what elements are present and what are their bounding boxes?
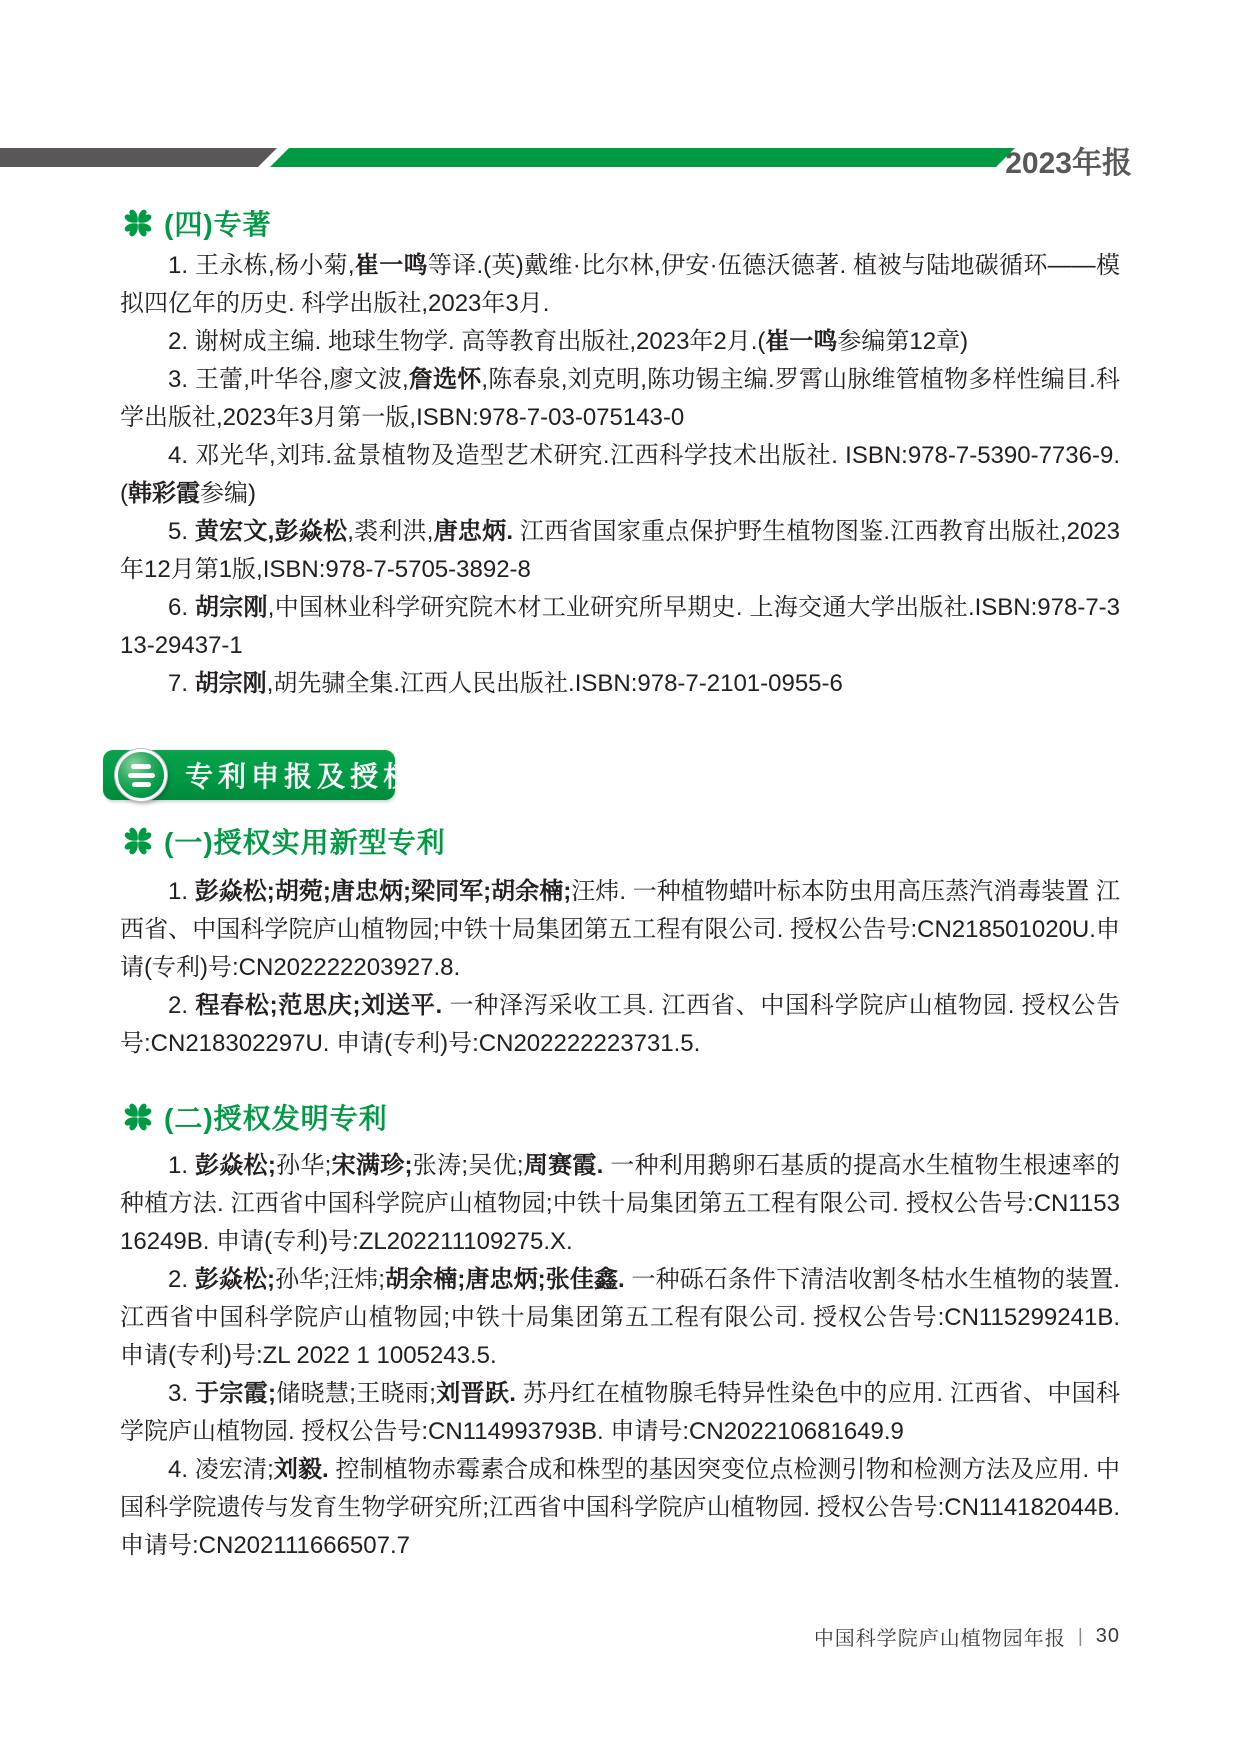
section-head-invention-patents: (二)授权发明专利 [120, 1097, 1120, 1137]
list-item: 4. 邓光华,刘玮.盆景植物及造型艺术研究.江西科学技术出版社. ISBN:97… [120, 437, 1120, 513]
highlighted-name: 胡余楠;唐忠炳;张佳鑫. [385, 1266, 625, 1293]
patent-banner-row: 专利申报及授权 [103, 749, 1120, 801]
text-segment: 4. 邓光华,刘玮.盆景植物及造型艺术研究.江西科学技术出版社. ISBN:97… [120, 442, 1120, 507]
text-segment: 2. [168, 1266, 195, 1293]
highlighted-name: 程春松;范思庆;刘送平. [195, 992, 442, 1019]
highlighted-name: 彭焱松;胡菀;唐忠炳;梁同军;胡余楠; [195, 878, 572, 905]
highlighted-name: 崔一鸣 [765, 328, 837, 355]
text-segment: 3. 王蕾,叶华谷,廖文波, [168, 366, 409, 393]
clover-icon [120, 1099, 156, 1135]
text-segment: 3. [168, 1380, 195, 1407]
section-head-utility-patents: (一)授权实用新型专利 [120, 821, 1120, 861]
text-segment: 孙华;汪炜; [275, 1266, 385, 1293]
list-item: 3. 于宗霞;储晓慧;王晓雨;刘晋跃. 苏丹红在植物腺毛特异性染色中的应用. 江… [120, 1375, 1120, 1451]
header-stripe-gray [0, 148, 277, 167]
header-year-label: 2023年报 [1005, 138, 1132, 182]
highlighted-name: 胡宗刚 [195, 670, 267, 697]
bar [128, 773, 155, 778]
highlighted-name: 彭焱松; [195, 1152, 276, 1179]
highlighted-name: 宋满珍; [331, 1152, 412, 1179]
text-segment: 6. [168, 594, 195, 621]
list-item: 4. 凌宏清;刘毅. 控制植物赤霉素合成和株型的基因突变位点检测引物和检测方法及… [120, 1451, 1120, 1565]
utility-patents-list: 1. 彭焱松;胡菀;唐忠炳;梁同军;胡余楠;汪炜. 一种植物蜡叶标本防虫用高压蒸… [120, 873, 1120, 1063]
bar [131, 764, 151, 769]
list-item: 2. 彭焱松;孙华;汪炜;胡余楠;唐忠炳;张佳鑫. 一种砾石条件下清洁收割冬枯水… [120, 1261, 1120, 1375]
section-head-monographs: (四)专著 [120, 203, 1120, 243]
text-segment: 2. [168, 992, 195, 1019]
monographs-list: 1. 王永栋,杨小菊,崔一鸣等译.(英)戴维·比尔林,伊安·伍德沃德著. 植被与… [120, 247, 1120, 703]
list-item: 1. 彭焱松;孙华;宋满珍;张涛;吴优;周赛霞. 一种利用鹅卵石基质的提高水生植… [120, 1147, 1120, 1261]
clover-icon [120, 205, 156, 241]
text-segment: 储晓慧;王晓雨; [276, 1380, 436, 1407]
footer-report-name: 中国科学院庐山植物园年报 [814, 1622, 1066, 1651]
invention-patents-list: 1. 彭焱松;孙华;宋满珍;张涛;吴优;周赛霞. 一种利用鹅卵石基质的提高水生植… [120, 1147, 1120, 1565]
footer-divider: | [1078, 1626, 1084, 1648]
text-segment: 参编) [200, 480, 256, 507]
highlighted-name: 刘晋跃. [436, 1380, 516, 1407]
highlighted-name: 胡宗刚 [195, 594, 268, 621]
three-bars-icon [115, 749, 167, 801]
text-segment: 张涛;吴优; [413, 1152, 524, 1179]
text-segment: ,胡先骕全集.江西人民出版社.ISBN:978-7-2101-0955-6 [267, 670, 843, 697]
clover-icon [120, 823, 156, 859]
bar [132, 782, 151, 787]
highlighted-name: 刘毅. [274, 1456, 329, 1483]
section-title-utility-patents: (一)授权实用新型专利 [164, 821, 446, 861]
text-segment: 孙华; [276, 1152, 332, 1179]
text-segment: 1. 王永栋,杨小菊, [168, 252, 355, 279]
highlighted-name: 于宗霞; [195, 1380, 276, 1407]
patent-banner-label: 专利申报及授权 [185, 755, 416, 795]
text-segment: 2. 谢树成主编. 地球生物学. 高等教育出版社,2023年2月.( [168, 328, 765, 355]
text-segment: 参编第12章) [837, 328, 968, 355]
page-number: 30 [1096, 1625, 1120, 1648]
highlighted-name: 黄宏文,彭焱松 [195, 518, 347, 545]
list-item: 7. 胡宗刚,胡先骕全集.江西人民出版社.ISBN:978-7-2101-095… [120, 665, 1120, 703]
text-segment: ,中国林业科学研究院木材工业研究所早期史. 上海交通大学出版社.ISBN:978… [120, 594, 1120, 659]
highlighted-name: 唐忠炳. [433, 518, 513, 545]
text-segment: 1. [168, 1152, 195, 1179]
page-content: (四)专著 1. 王永栋,杨小菊,崔一鸣等译.(英)戴维·比尔林,伊安·伍德沃德… [120, 203, 1120, 1565]
text-segment: 7. [168, 670, 195, 697]
section-title-monographs: (四)专著 [164, 203, 272, 243]
text-segment: 4. 凌宏清; [168, 1456, 274, 1483]
page-footer: 中国科学院庐山植物园年报 | 30 [814, 1622, 1120, 1651]
highlighted-name: 崔一鸣 [355, 252, 428, 279]
highlighted-name: 韩彩霞 [128, 480, 200, 507]
list-item: 3. 王蕾,叶华谷,廖文波,詹选怀,陈春泉,刘克明,陈功锡主编.罗霄山脉维管植物… [120, 361, 1120, 437]
list-item: 5. 黄宏文,彭焱松,裘利洪,唐忠炳. 江西省国家重点保护野生植物图鉴.江西教育… [120, 513, 1120, 589]
highlighted-name: 彭焱松; [195, 1266, 275, 1293]
section-title-invention-patents: (二)授权发明专利 [164, 1097, 388, 1137]
header-stripe-green [270, 148, 1015, 167]
highlighted-name: 周赛霞. [524, 1152, 604, 1179]
list-item: 2. 谢树成主编. 地球生物学. 高等教育出版社,2023年2月.(崔一鸣参编第… [120, 323, 1120, 361]
list-item: 2. 程春松;范思庆;刘送平. 一种泽泻采收工具. 江西省、中国科学院庐山植物园… [120, 987, 1120, 1063]
highlighted-name: 詹选怀 [409, 366, 482, 393]
text-segment: 1. [168, 878, 195, 905]
list-item: 1. 王永栋,杨小菊,崔一鸣等译.(英)戴维·比尔林,伊安·伍德沃德著. 植被与… [120, 247, 1120, 323]
list-item: 1. 彭焱松;胡菀;唐忠炳;梁同军;胡余楠;汪炜. 一种植物蜡叶标本防虫用高压蒸… [120, 873, 1120, 987]
text-segment: 5. [168, 518, 195, 545]
text-segment: ,裘利洪, [347, 518, 433, 545]
list-item: 6. 胡宗刚,中国林业科学研究院木材工业研究所早期史. 上海交通大学出版社.IS… [120, 589, 1120, 665]
